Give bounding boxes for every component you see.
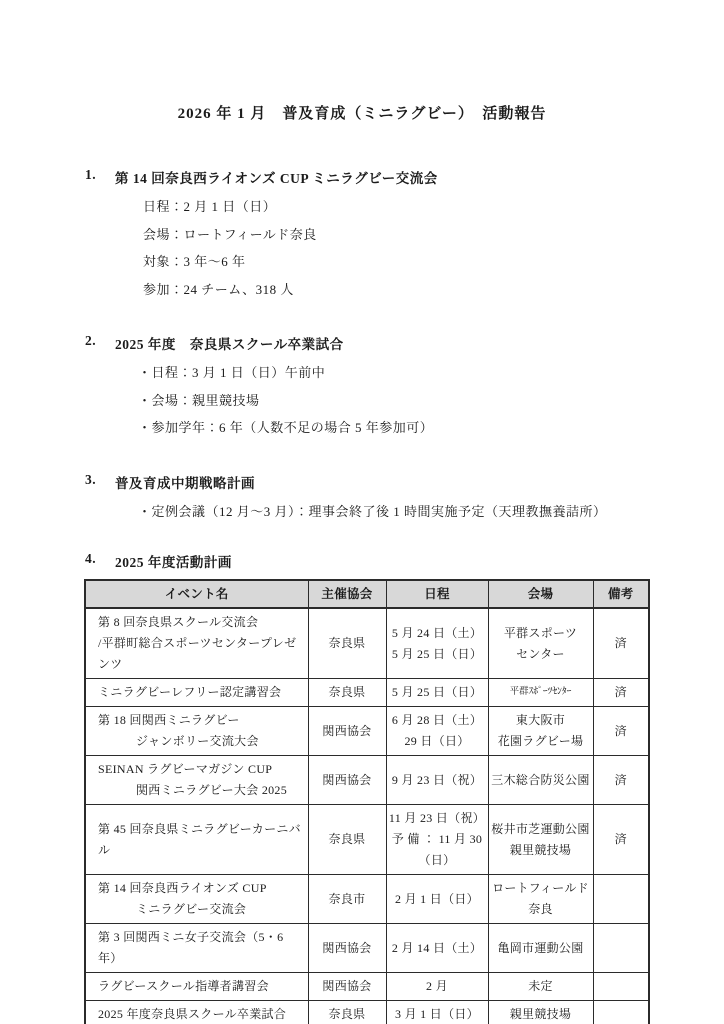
table-header-row: イベント名 主催協会 日程 会場 備考 xyxy=(85,580,649,608)
section-1-heading: 1. 第 14 回奈良西ライオンズ CUP ミニラグビー交流会 xyxy=(0,167,724,187)
detail-line: 対象：3 年〜6 年 xyxy=(143,248,724,276)
section-2-number: 2. xyxy=(85,333,115,353)
cell-line: /平群町総合スポーツセンタープレゼンツ xyxy=(98,633,304,675)
table-row: 第 45 回奈良県ミニラグビーカーニバル奈良県11 月 23 日（祝）予 備 ：… xyxy=(85,805,649,875)
column-header-date: 日程 xyxy=(386,580,488,608)
cell-line: 関西ミニラグビー大会 2025 xyxy=(98,780,304,801)
table-row: 2025 年度奈良県スクール卒業試合奈良県3 月 1 日（日）親里競技場 xyxy=(85,1001,649,1024)
organizer-cell: 関西協会 xyxy=(308,707,386,756)
organizer-cell: 関西協会 xyxy=(308,756,386,805)
status-cell: 済 xyxy=(593,805,649,875)
cell-line: 奈良 xyxy=(491,899,591,920)
cell-line: 11 月 23 日（祝） xyxy=(389,808,486,829)
section-2-heading: 2. 2025 年度 奈良県スクール卒業試合 xyxy=(0,333,724,353)
organizer-cell: 関西協会 xyxy=(308,924,386,973)
venue-cell: 親里競技場 xyxy=(488,1001,593,1024)
cell-line: 第 3 回関西ミニ女子交流会（5・6 年） xyxy=(98,927,304,969)
activity-table-body: 第 8 回奈良県スクール交流会/平群町総合スポーツセンタープレゼンツ奈良県5 月… xyxy=(85,608,649,1024)
table-row: 第 3 回関西ミニ女子交流会（5・6 年）関西協会2 月 14 日（土）亀岡市運… xyxy=(85,924,649,973)
event-name-cell: 第 45 回奈良県ミニラグビーカーニバル xyxy=(85,805,308,875)
cell-line: 三木総合防災公園 xyxy=(491,770,591,791)
cell-line: ジャンボリー交流大会 xyxy=(98,731,304,752)
cell-line: ラグビースクール指導者講習会 xyxy=(98,976,304,997)
venue-cell: 亀岡市運動公園 xyxy=(488,924,593,973)
status-cell: 済 xyxy=(593,756,649,805)
organizer-cell: 奈良県 xyxy=(308,1001,386,1024)
status-cell: 済 xyxy=(593,707,649,756)
organizer-cell: 奈良県 xyxy=(308,679,386,707)
table-row: ラグビースクール指導者講習会関西協会2 月未定 xyxy=(85,973,649,1001)
venue-cell: 未定 xyxy=(488,973,593,1001)
section-3-heading: 3. 普及育成中期戦略計画 xyxy=(0,472,724,492)
cell-line: 東大阪市 xyxy=(491,710,591,731)
venue-cell: 平群ｽﾎﾟｰﾂｾﾝﾀｰ xyxy=(488,679,593,707)
date-cell: 6 月 28 日（土）29 日（日） xyxy=(386,707,488,756)
detail-line: ・参加学年：6 年（人数不足の場合 5 年参加可） xyxy=(138,414,724,442)
section-2-title: 2025 年度 奈良県スクール卒業試合 xyxy=(115,333,344,353)
section-4-title: 2025 年度活動計画 xyxy=(115,551,232,571)
table-row: 第 14 回奈良西ライオンズ CUPミニラグビー交流会奈良市2 月 1 日（日）… xyxy=(85,875,649,924)
event-name-cell: ミニラグビーレフリー認定講習会 xyxy=(85,679,308,707)
cell-line: 2 月 1 日（日） xyxy=(389,889,486,910)
date-cell: 5 月 24 日（土）5 月 25 日（日） xyxy=(386,608,488,679)
cell-line: 5 月 24 日（土） xyxy=(389,623,486,644)
venue-cell: 東大阪市花園ラグビー場 xyxy=(488,707,593,756)
detail-line: 日程：2 月 1 日（日） xyxy=(143,193,724,221)
section-1-details: 日程：2 月 1 日（日） 会場：ロートフィールド奈良 対象：3 年〜6 年 参… xyxy=(143,193,724,303)
cell-line: 5 月 25 日（日） xyxy=(389,644,486,665)
table-row: 第 8 回奈良県スクール交流会/平群町総合スポーツセンタープレゼンツ奈良県5 月… xyxy=(85,608,649,679)
cell-line: 未定 xyxy=(491,976,591,997)
section-4-number: 4. xyxy=(85,551,115,571)
date-cell: 3 月 1 日（日） xyxy=(386,1001,488,1024)
cell-line: （日） xyxy=(389,850,486,871)
detail-line: 会場：ロートフィールド奈良 xyxy=(143,221,724,249)
column-header-organizer: 主催協会 xyxy=(308,580,386,608)
status-cell: 済 xyxy=(593,608,649,679)
page-title: 2026 年 1 月 普及育成（ミニラグビー） 活動報告 xyxy=(0,102,724,123)
cell-line: 花園ラグビー場 xyxy=(491,731,591,752)
section-3-number: 3. xyxy=(85,472,115,492)
cell-line: 2 月 14 日（土） xyxy=(389,938,486,959)
section-midterm-strategy: 3. 普及育成中期戦略計画 ・定例会議（12 月〜3 月）：理事会終了後 1 時… xyxy=(0,472,724,526)
cell-line: 平群スポーツ xyxy=(491,623,591,644)
event-name-cell: 第 8 回奈良県スクール交流会/平群町総合スポーツセンタープレゼンツ xyxy=(85,608,308,679)
detail-line: ・定例会議（12 月〜3 月）：理事会終了後 1 時間実施予定（天理教撫養詰所） xyxy=(138,498,724,526)
detail-line: 参加：24 チーム、318 人 xyxy=(143,276,724,304)
cell-line: 9 月 23 日（祝） xyxy=(389,770,486,791)
venue-cell: 三木総合防災公園 xyxy=(488,756,593,805)
event-name-cell: 2025 年度奈良県スクール卒業試合 xyxy=(85,1001,308,1024)
column-header-event: イベント名 xyxy=(85,580,308,608)
cell-line: センター xyxy=(491,644,591,665)
cell-line: 桜井市芝運動公園 xyxy=(491,819,591,840)
document-page: 2026 年 1 月 普及育成（ミニラグビー） 活動報告 1. 第 14 回奈良… xyxy=(0,0,724,1024)
organizer-cell: 奈良市 xyxy=(308,875,386,924)
cell-line: 親里競技場 xyxy=(491,1004,591,1024)
section-3-details: ・定例会議（12 月〜3 月）：理事会終了後 1 時間実施予定（天理教撫養詰所） xyxy=(138,498,724,526)
organizer-cell: 奈良県 xyxy=(308,608,386,679)
activity-plan-table: イベント名 主催協会 日程 会場 備考 第 8 回奈良県スクール交流会/平群町総… xyxy=(84,579,650,1024)
status-cell xyxy=(593,1001,649,1024)
section-1-number: 1. xyxy=(85,167,115,187)
table-row: SEINAN ラグビーマガジン CUP関西ミニラグビー大会 2025関西協会9 … xyxy=(85,756,649,805)
event-name-cell: 第 18 回関西ミニラグビージャンボリー交流大会 xyxy=(85,707,308,756)
cell-line: 第 8 回奈良県スクール交流会 xyxy=(98,612,304,633)
event-name-cell: 第 14 回奈良西ライオンズ CUPミニラグビー交流会 xyxy=(85,875,308,924)
table-row: 第 18 回関西ミニラグビージャンボリー交流大会関西協会6 月 28 日（土）2… xyxy=(85,707,649,756)
section-3-title: 普及育成中期戦略計画 xyxy=(115,472,255,492)
cell-line: 6 月 28 日（土） xyxy=(389,710,486,731)
status-cell xyxy=(593,924,649,973)
cell-line: 3 月 1 日（日） xyxy=(389,1004,486,1024)
status-cell xyxy=(593,875,649,924)
cell-line: ロートフィールド xyxy=(491,878,591,899)
cell-line: 5 月 25 日（日） xyxy=(389,682,486,703)
date-cell: 5 月 25 日（日） xyxy=(386,679,488,707)
cell-line: 第 18 回関西ミニラグビー xyxy=(98,710,304,731)
cell-line: SEINAN ラグビーマガジン CUP xyxy=(98,759,304,780)
organizer-cell: 関西協会 xyxy=(308,973,386,1001)
cell-line: ミニラグビーレフリー認定講習会 xyxy=(98,682,304,703)
section-4-heading: 4. 2025 年度活動計画 xyxy=(0,551,724,571)
section-graduation-match: 2. 2025 年度 奈良県スクール卒業試合 ・日程：3 月 1 日（日）午前中… xyxy=(0,333,724,442)
cell-line: ミニラグビー交流会 xyxy=(98,899,304,920)
table-row: ミニラグビーレフリー認定講習会奈良県5 月 25 日（日）平群ｽﾎﾟｰﾂｾﾝﾀｰ… xyxy=(85,679,649,707)
venue-cell: 平群スポーツセンター xyxy=(488,608,593,679)
event-name-cell: SEINAN ラグビーマガジン CUP関西ミニラグビー大会 2025 xyxy=(85,756,308,805)
cell-line: 2 月 xyxy=(389,976,486,997)
status-cell xyxy=(593,973,649,1001)
event-name-cell: 第 3 回関西ミニ女子交流会（5・6 年） xyxy=(85,924,308,973)
section-lions-cup: 1. 第 14 回奈良西ライオンズ CUP ミニラグビー交流会 日程：2 月 1… xyxy=(0,167,724,303)
detail-line: ・会場：親里競技場 xyxy=(138,387,724,415)
organizer-cell: 奈良県 xyxy=(308,805,386,875)
cell-line: 第 14 回奈良西ライオンズ CUP xyxy=(98,878,304,899)
detail-line: ・日程：3 月 1 日（日）午前中 xyxy=(138,359,724,387)
date-cell: 9 月 23 日（祝） xyxy=(386,756,488,805)
report-sections: 1. 第 14 回奈良西ライオンズ CUP ミニラグビー交流会 日程：2 月 1… xyxy=(0,167,724,1024)
cell-line: 予 備 ： 11 月 30 xyxy=(389,829,486,850)
venue-cell: 桜井市芝運動公園親里競技場 xyxy=(488,805,593,875)
section-1-title: 第 14 回奈良西ライオンズ CUP ミニラグビー交流会 xyxy=(115,167,438,187)
event-name-cell: ラグビースクール指導者講習会 xyxy=(85,973,308,1001)
cell-line: 29 日（日） xyxy=(389,731,486,752)
cell-line: 親里競技場 xyxy=(491,840,591,861)
column-header-venue: 会場 xyxy=(488,580,593,608)
status-cell: 済 xyxy=(593,679,649,707)
section-2-details: ・日程：3 月 1 日（日）午前中 ・会場：親里競技場 ・参加学年：6 年（人数… xyxy=(138,359,724,442)
cell-line: 2025 年度奈良県スクール卒業試合 xyxy=(98,1004,304,1024)
date-cell: 11 月 23 日（祝）予 備 ： 11 月 30（日） xyxy=(386,805,488,875)
cell-line: 第 45 回奈良県ミニラグビーカーニバル xyxy=(98,819,304,861)
column-header-remarks: 備考 xyxy=(593,580,649,608)
cell-line: 平群ｽﾎﾟｰﾂｾﾝﾀｰ xyxy=(491,682,591,703)
venue-cell: ロートフィールド奈良 xyxy=(488,875,593,924)
date-cell: 2 月 1 日（日） xyxy=(386,875,488,924)
section-activity-plan: 4. 2025 年度活動計画 イベント名 主催協会 日程 会場 備考 第 8 回… xyxy=(0,551,724,1024)
date-cell: 2 月 xyxy=(386,973,488,1001)
date-cell: 2 月 14 日（土） xyxy=(386,924,488,973)
cell-line: 亀岡市運動公園 xyxy=(491,938,591,959)
